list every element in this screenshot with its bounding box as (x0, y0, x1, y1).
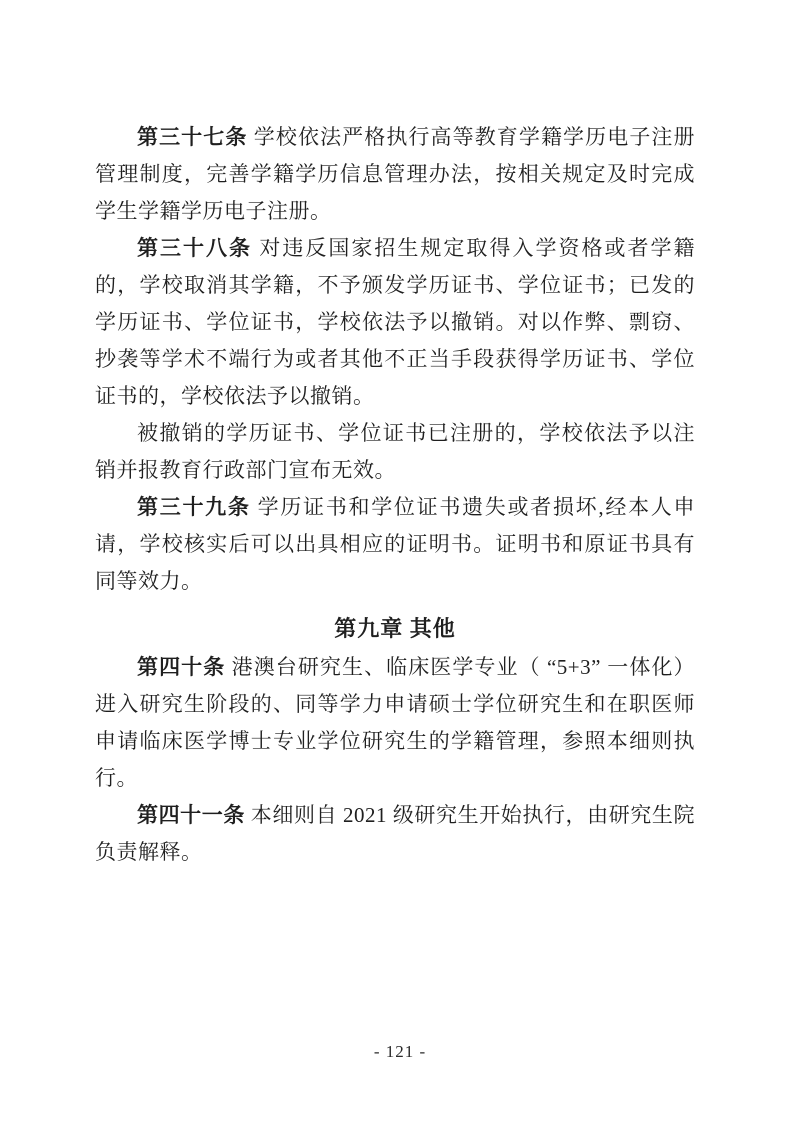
article-41-paragraph: 第四十一条本细则自 2021 级研究生开始执行，由研究生院负责解释。 (95, 797, 695, 871)
article-40-number: 第四十条 (137, 655, 232, 679)
page-number: - 121 - (0, 1042, 800, 1062)
article-40-paragraph: 第四十条港澳台研究生、临床医学专业（ “5+3” 一体化）进入研究生阶段的、同等… (95, 649, 695, 797)
article-39-number: 第三十九条 (137, 495, 258, 519)
article-38-continuation-paragraph: 被撤销的学历证书、学位证书已注册的，学校依法予以注销并报教育行政部门宣布无效。 (95, 415, 695, 489)
article-39-paragraph: 第三十九条学历证书和学位证书遗失或者损坏,经本人申请，学校核实后可以出具相应的证… (95, 489, 695, 600)
article-38-paragraph: 第三十八条对违反国家招生规定取得入学资格或者学籍的，学校取消其学籍，不予颁发学历… (95, 230, 695, 415)
document-body: 第三十七条学校依法严格执行高等教育学籍学历电子注册管理制度，完善学籍学历信息管理… (95, 119, 695, 871)
chapter-9-heading: 第九章 其他 (95, 610, 695, 647)
article-37-number: 第三十七条 (137, 125, 254, 149)
article-38-continuation-text: 被撤销的学历证书、学位证书已注册的，学校依法予以注销并报教育行政部门宣布无效。 (95, 421, 695, 482)
article-38-text: 对违反国家招生规定取得入学资格或者学籍的，学校取消其学籍，不予颁发学历证书、学位… (95, 236, 695, 408)
document-page: 第三十七条学校依法严格执行高等教育学籍学历电子注册管理制度，完善学籍学历信息管理… (0, 0, 800, 1131)
article-38-number: 第三十八条 (137, 236, 259, 260)
article-37-paragraph: 第三十七条学校依法严格执行高等教育学籍学历电子注册管理制度，完善学籍学历信息管理… (95, 119, 695, 230)
article-41-number: 第四十一条 (137, 803, 251, 827)
